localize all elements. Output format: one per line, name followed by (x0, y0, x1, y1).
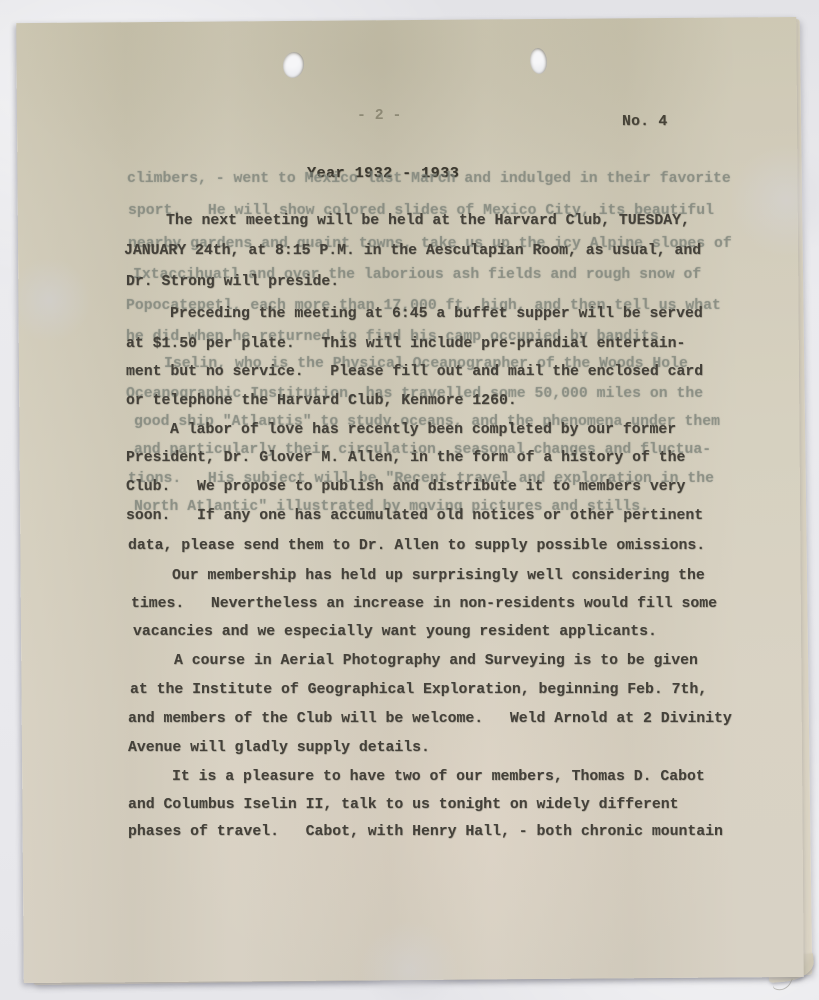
typed-line: A course in Aerial Photography and Surve… (174, 652, 698, 671)
typed-line: ment but no service. Please fill out and… (126, 363, 703, 382)
typed-line: Dr. Strong will preside. (126, 273, 339, 292)
typed-line: A labor of love has recently been comple… (170, 421, 676, 440)
document-sheet: - 2 - No. 4 Year 1932 - 1933 climbers, -… (16, 17, 804, 983)
typed-line: times. Nevertheless an increase in non-r… (131, 595, 717, 614)
punch-hole-left (281, 51, 305, 80)
typed-line: and Columbus Iselin II, talk to us tonig… (128, 796, 679, 815)
punch-hole-right (529, 47, 549, 75)
typed-line: and members of the Club will be welcome.… (128, 710, 732, 729)
typed-line: soon. If any one has accumulated old not… (126, 507, 703, 526)
typed-line: It is a pleasure to have two of our memb… (172, 768, 705, 787)
bleedthrough-line: climbers, - went to Mexico last March an… (127, 170, 731, 189)
typed-line: at the Institute of Geographical Explora… (130, 681, 707, 700)
typed-line: Avenue will gladly supply details. (128, 739, 430, 758)
typed-line: vacancies and we especially want young r… (133, 623, 657, 642)
typed-line: Our membership has held up surprisingly … (172, 567, 705, 586)
typed-line: President, Dr. Glover M. Allen, in the f… (126, 449, 685, 468)
typed-line: phases of travel. Cabot, with Henry Hall… (128, 823, 723, 842)
typed-line: JANUARY 24th, at 8:15 P.M. in the Aescul… (124, 242, 701, 261)
page-number: - 2 - (357, 107, 401, 126)
typed-line: at $1.50 per plate. This will include pr… (126, 335, 685, 354)
typed-line: or telephone the Harvard Club, Kenmore 1… (126, 392, 517, 411)
photo-background: - 2 - No. 4 Year 1932 - 1933 climbers, -… (0, 0, 819, 1000)
page-content: - 2 - No. 4 Year 1932 - 1933 climbers, -… (20, 20, 800, 980)
typed-line: Preceding the meeting at 6:45 a buffet s… (170, 305, 703, 324)
typed-line: The next meeting will be held at the Har… (166, 212, 690, 231)
issue-number: No. 4 (622, 113, 667, 132)
typed-line: data, please send them to Dr. Allen to s… (128, 537, 705, 556)
typed-line: Club. We propose to publish and distribu… (126, 478, 685, 497)
